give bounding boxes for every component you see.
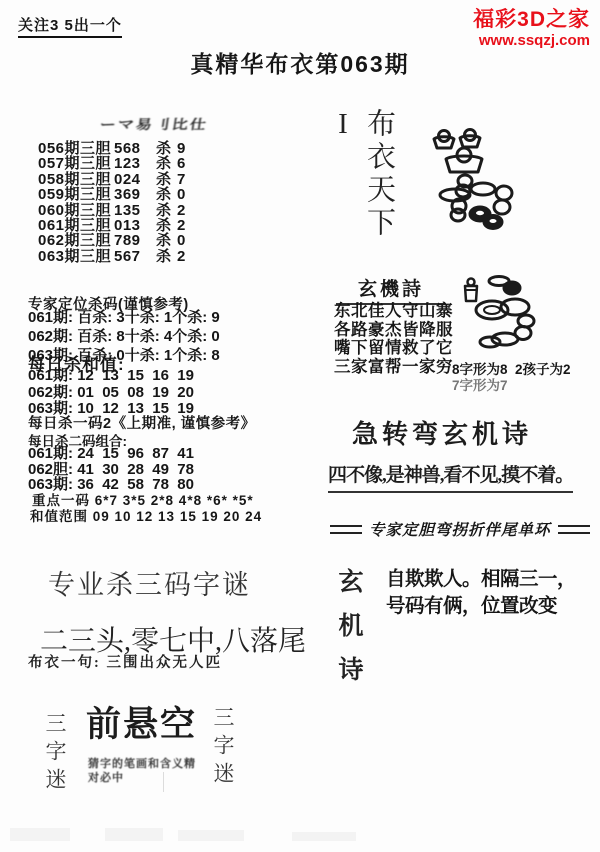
kill-cell: 2 [177, 218, 193, 233]
ingot-doodle-drawing [428, 115, 563, 263]
three-char-label-left: 三字迷 [40, 712, 70, 807]
bead-snake-doodle-drawing [452, 268, 574, 358]
three-char-note: 猜字的笔画和含义精 对必中 [88, 757, 196, 785]
scan-artifact [178, 830, 244, 841]
table-row: 059期三胆 369 杀 0 [38, 187, 193, 202]
xuanji-poem-line: 三家富帮一家穷 [334, 358, 453, 377]
kill-position-line: 062期: 百杀: 8十杀: 4个杀: 0 [28, 329, 220, 345]
xuanji-poem-line: 各路豪杰皆降服 [334, 321, 453, 340]
kill-label-cell: 杀 [156, 187, 177, 202]
xuanji-poem-line: 东北佳人守山寨 [334, 302, 453, 321]
scan-artifact [105, 828, 163, 841]
sharp-turn-sentence: 四不像,是神兽,看不见,摸不着。 [328, 460, 573, 493]
value-cell: 789 [114, 233, 156, 248]
period-cell: 059期三胆 [38, 187, 114, 202]
bottom-xuanji-label: 玄机诗 [330, 568, 366, 718]
site-logo: 福彩3D之家 www.ssqzj.com [473, 8, 590, 49]
period-cell: 058期三胆 [38, 172, 114, 187]
kill-label-cell: 杀 [156, 249, 177, 264]
kill-label-cell: 杀 [156, 172, 177, 187]
scan-artifact [10, 828, 70, 841]
daily-kill-two-line: 062胆: 41 30 28 49 78 [28, 462, 194, 478]
sharp-turn-title: 急转弯玄机诗 [352, 414, 532, 451]
value-cell: 013 [114, 218, 156, 233]
period-cell: 062期三胆 [38, 233, 114, 248]
kill-cell: 9 [177, 141, 193, 156]
three-char-note-line1: 猜字的笔画和含义精 [88, 757, 196, 771]
distorted-column-header: ーマ易刂比仕 [99, 114, 210, 133]
buyi-tianxia-label: 布衣天下I [326, 108, 400, 273]
kill-cell: 0 [177, 187, 193, 202]
table-row: 063期三胆 567 杀 2 [38, 249, 193, 264]
table-row: 058期三胆 024 杀 7 [38, 172, 193, 187]
sum-range-line: 和值范围 09 10 12 13 15 19 20 24 [30, 505, 262, 525]
page-title: 真精华布衣第063期 [0, 46, 600, 79]
daily-kill-sum-line: 062期: 01 05 08 19 20 [28, 385, 194, 402]
period-cell: 057期三胆 [38, 156, 114, 171]
daily-kill-two-lines: 061期: 24 15 96 87 41 062胆: 41 30 28 49 7… [28, 446, 194, 493]
kill-cell: 2 [177, 203, 193, 218]
scan-artifact [292, 832, 356, 841]
top-left-note: 关注3 5出一个 [18, 14, 122, 38]
site-name: 福彩3D之家 [473, 8, 590, 32]
three-char-note-line2: 对必中 [88, 771, 196, 785]
kill-cell: 7 [177, 172, 193, 187]
value-cell: 123 [114, 156, 156, 171]
riddle-title: 专业杀三码字谜 [48, 563, 251, 602]
table-row: 060期三胆 135 杀 2 [38, 203, 193, 218]
xuanji-poem: 东北佳人守山寨 各路豪杰皆降服 嘴下留情救了它 三家富帮一家穷 [334, 302, 453, 376]
table-row: 057期三胆 123 杀 6 [38, 156, 193, 171]
bottom-xuanji-line1: 自欺欺人。相隔三一， [386, 566, 576, 593]
kill-label-cell: 杀 [156, 156, 177, 171]
daily-kill-two-line: 061期: 24 15 96 87 41 [28, 446, 194, 462]
value-cell: 567 [114, 249, 156, 264]
bottom-xuanji-message: 自欺欺人。相隔三一， 号码有俩，位置改变 [386, 566, 576, 620]
xuanji-poem-title: 玄機詩 [336, 274, 446, 305]
separator-bar-right [558, 525, 590, 534]
buyi-sentence: 布衣一句: 三围出众无人匹 [28, 651, 222, 672]
kill-label-cell: 杀 [156, 203, 177, 218]
expert-separator: 专家定胆弯拐折伴尾单环 [330, 518, 574, 540]
period-cell: 060期三胆 [38, 203, 114, 218]
scan-artifact-line [163, 772, 164, 792]
value-cell: 568 [114, 141, 156, 156]
history-table: 056期三胆 568 杀 9 057期三胆 123 杀 6 058期三胆 024… [38, 141, 193, 264]
daily-kill-sum-line: 061期: 12 13 15 16 19 [28, 368, 194, 385]
value-cell: 369 [114, 187, 156, 202]
shape-note-7: 7字形为7 [452, 374, 508, 394]
value-cell: 135 [114, 203, 156, 218]
buyi-sheet-page: 关注3 5出一个 福彩3D之家 www.ssqzj.com 真精华布衣第063期… [0, 0, 600, 852]
kill-position-line: 061期: 百杀: 3十杀: 1个杀: 9 [28, 310, 220, 326]
xuanji-poem-line: 嘴下留情救了它 [334, 339, 453, 358]
bottom-xuanji-line2: 号码有俩，位置改变 [386, 593, 576, 620]
three-char-answer: 前悬空 [86, 697, 197, 747]
table-row: 062期三胆 789 杀 0 [38, 233, 193, 248]
value-cell: 024 [114, 172, 156, 187]
kill-cell: 2 [177, 249, 193, 264]
separator-text: 专家定胆弯拐折伴尾单环 [369, 518, 551, 540]
kill-cell: 6 [177, 156, 193, 171]
kill-label-cell: 杀 [156, 233, 177, 248]
kill-cell: 0 [177, 233, 193, 248]
separator-bar-left [330, 525, 362, 534]
daily-kill-sum-lines: 061期: 12 13 15 16 19 062期: 01 05 08 19 2… [28, 368, 194, 418]
three-char-label-right: 三字迷 [208, 706, 238, 801]
period-cell: 063期三胆 [38, 249, 114, 264]
